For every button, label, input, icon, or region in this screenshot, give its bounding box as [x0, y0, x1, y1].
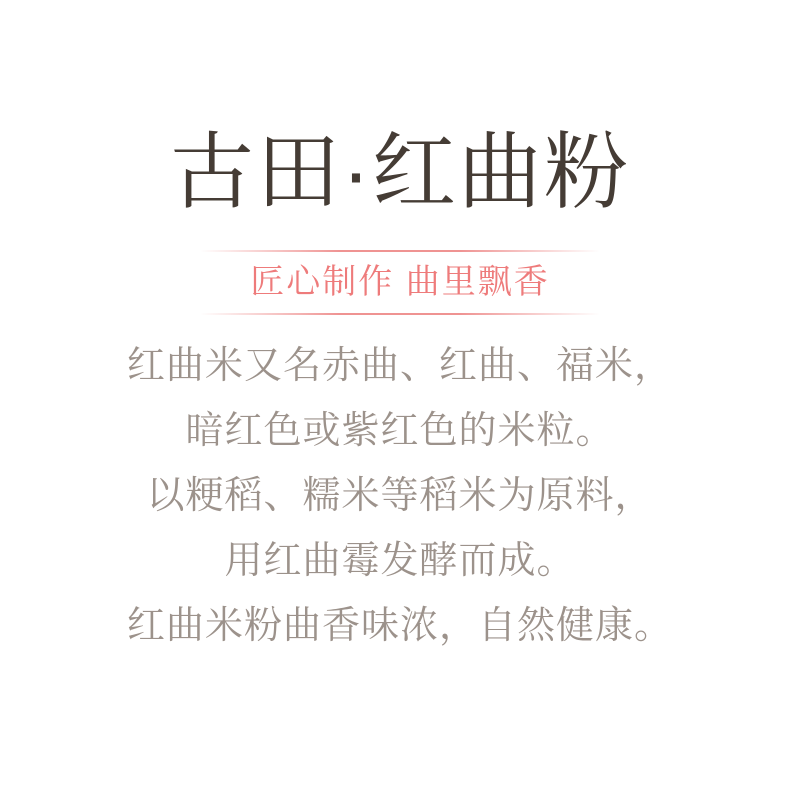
description-line-4: 用红曲霉发酵而成。 [127, 529, 673, 594]
description-line-1: 红曲米又名赤曲、红曲、福米， [127, 334, 673, 399]
product-intro-section: 古田·红曲粉 匠心制作 曲里飘香 红曲米又名赤曲、红曲、福米， 暗红色或紫红色的… [0, 0, 800, 800]
product-title: 古田·红曲粉 [170, 130, 630, 214]
description-line-2: 暗红色或紫红色的米粒。 [127, 399, 673, 464]
slogan-block: 匠心制作 曲里飘香 [200, 250, 600, 315]
product-description: 红曲米又名赤曲、红曲、福米， 暗红色或紫红色的米粒。 以粳稻、糯米等稻米为原料，… [127, 334, 673, 659]
divider-line-bottom [200, 313, 600, 315]
product-slogan: 匠心制作 曲里飘香 [250, 252, 549, 313]
description-line-5: 红曲米粉曲香味浓，自然健康。 [127, 594, 673, 659]
description-line-3: 以粳稻、糯米等稻米为原料， [127, 464, 673, 529]
